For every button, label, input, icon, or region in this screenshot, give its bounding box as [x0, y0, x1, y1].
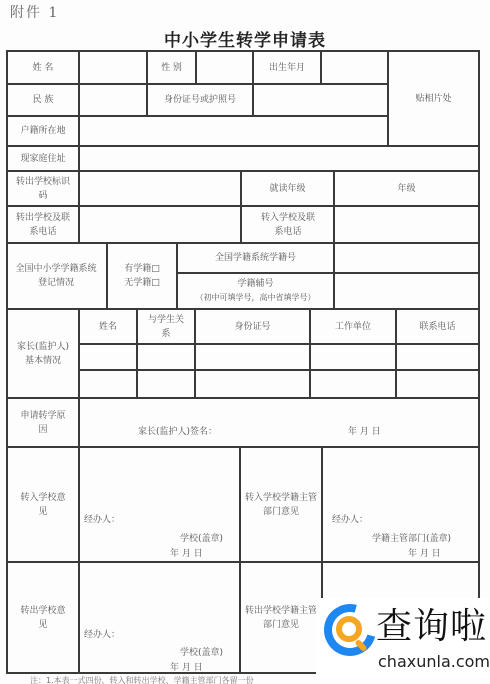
guardian-row-2-id[interactable]	[196, 371, 309, 397]
auxiliary-label-cell: 学籍辅号 （初中可填学号，高中省填学号）	[178, 274, 333, 308]
name-field[interactable]	[80, 52, 146, 83]
hukou-field[interactable]	[80, 117, 387, 145]
guardian-row-1-work[interactable]	[311, 345, 395, 369]
name-label: 姓 名	[8, 52, 78, 83]
in-dept-date: 年 月 日	[408, 546, 441, 559]
has-registry-checkbox[interactable]: 有学籍□	[124, 262, 160, 276]
photo-area[interactable]: 贴相片处	[389, 52, 478, 145]
in-school-opinion-field[interactable]	[80, 448, 84, 452]
guardian-section-label: 家长(监护人)基本情况	[16, 310, 70, 397]
in-school-date: 年 月 日	[170, 546, 203, 559]
auxiliary-field[interactable]	[335, 274, 478, 308]
guardian-col-relation: 与学生关系	[144, 310, 188, 343]
table-border-right	[478, 50, 480, 674]
out-dept-opinion-label: 转出学校学籍主管部门意见	[244, 563, 318, 672]
in-school-handler-label: 经办人：	[84, 512, 120, 525]
guardian-row-2-work[interactable]	[311, 371, 395, 397]
out-school-contact-field[interactable]	[80, 207, 240, 242]
guardian-row-1-id[interactable]	[196, 345, 309, 369]
registry-number-label: 全国学籍系统学籍号	[178, 244, 333, 272]
birth-field[interactable]	[322, 52, 387, 83]
hukou-label: 户籍所在地	[8, 117, 78, 145]
in-dept-opinion-label: 转入学校学籍主管部门意见	[244, 448, 318, 561]
guardian-row-2-relation[interactable]	[138, 371, 194, 397]
guardian-col-phone: 联系电话	[397, 310, 478, 343]
in-school-seal: 学校(盖章)	[180, 531, 223, 544]
logo-text-en: chaxunla.com	[378, 652, 490, 671]
grade-field[interactable]: 年级	[335, 172, 478, 205]
registry-system-label: 全国中小学学籍系统登记情况	[12, 244, 100, 308]
auxiliary-label: 学籍辅号	[237, 277, 273, 291]
registry-status: 有学籍□ 无学籍□	[108, 244, 176, 308]
guardian-row-1-name[interactable]	[80, 345, 136, 369]
col-line	[239, 446, 241, 674]
footnote: 注：1.本表一式四份，转入和转出学校、学籍主管部门各留一份	[30, 675, 254, 684]
current-grade-label: 就读年级	[242, 172, 333, 205]
out-school-seal: 学校(盖章)	[180, 645, 223, 658]
no-registry-checkbox[interactable]: 无学籍□	[124, 276, 160, 290]
reason-field[interactable]	[80, 399, 478, 446]
in-school-contact-field[interactable]	[335, 207, 478, 242]
out-school-contact-label: 转出学校及联系电话	[12, 207, 74, 242]
address-field[interactable]	[80, 147, 478, 170]
guardian-col-work: 工作单位	[311, 310, 395, 343]
guardian-col-name: 姓名	[80, 310, 136, 343]
in-dept-seal: 学籍主管部门(盖章)	[372, 531, 451, 544]
gender-field[interactable]	[197, 52, 252, 83]
birth-label: 出生年月	[254, 52, 320, 83]
guardian-row-1-relation[interactable]	[138, 345, 194, 369]
auxiliary-note: （初中可填学号，高中省填学号）	[196, 291, 316, 305]
registry-number-field[interactable]	[335, 244, 478, 272]
in-school-contact-label: 转入学校及联系电话	[258, 207, 318, 242]
reason-date: 年 月 日	[348, 424, 381, 437]
guardian-row-2-phone[interactable]	[397, 371, 478, 397]
ethnicity-field[interactable]	[80, 85, 146, 115]
attachment-label: 附件 1	[10, 2, 59, 22]
watermark-logo: 查询啦 chaxunla.com	[316, 598, 488, 678]
guardian-row-1-phone[interactable]	[397, 345, 478, 369]
id-field[interactable]	[254, 85, 387, 115]
magnifier-icon	[336, 616, 362, 642]
out-school-date: 年 月 日	[170, 660, 203, 673]
guardian-signature-label: 家长(监护人)签名：	[138, 424, 217, 437]
gender-label: 性 别	[148, 52, 195, 83]
out-school-code-label: 转出学校标识码	[14, 172, 72, 205]
out-school-code-field[interactable]	[80, 172, 240, 205]
out-school-opinion-label: 转出学校意见	[18, 563, 68, 672]
guardian-row-2-name[interactable]	[80, 371, 136, 397]
in-school-opinion-label: 转入学校意见	[18, 448, 68, 561]
logo-text-cn: 查询啦	[376, 598, 487, 649]
reason-label: 申请转学原因	[20, 399, 66, 446]
guardian-col-id: 身份证号	[196, 310, 309, 343]
address-label: 现家庭住址	[8, 147, 78, 170]
id-label: 身份证号或护照号	[148, 85, 252, 115]
out-school-handler-label: 经办人：	[84, 627, 120, 640]
form-title: 中小学生转学申请表	[0, 26, 490, 51]
ethnicity-label: 民 族	[8, 85, 78, 115]
in-dept-handler-label: 经办人：	[332, 512, 368, 525]
